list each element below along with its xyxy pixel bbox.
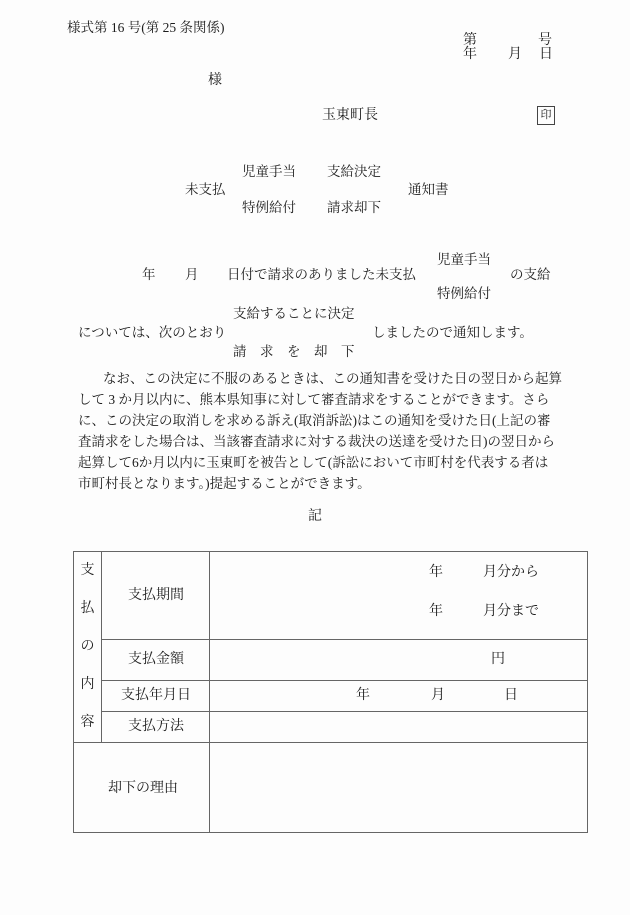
vertical-header-char: 内 [81, 678, 95, 692]
notice-line: なお、この決定に不服のあるときは、この通知書を受けた日の翌日から起算 [78, 371, 562, 387]
ki-marker: 記 [308, 509, 322, 525]
document-page: 様式第 16 号(第 25 条関係) 第 号 年 月 日 様 玉東町長 印 未支… [0, 0, 630, 915]
rejection-reason-value-area [210, 743, 587, 832]
date-year-label: 年 [463, 47, 477, 63]
title-benefit-option-top: 児童手当 [242, 164, 296, 180]
form-number: 様式第 16 号(第 25 条関係) [67, 20, 225, 36]
decision-option-bottom: 請 求 を 却 下 [233, 344, 355, 360]
request-benefit-option-bottom: 特例給付 [437, 286, 491, 302]
vertical-header-char: の [81, 640, 95, 654]
seal-stamp-box: 印 [537, 106, 555, 125]
vertical-header-char: 支 [81, 564, 95, 578]
notice-line: に、この決定の取消しを求める訴え(取消訴訟)はこの通知を受けた日(上記の審 [78, 413, 551, 429]
vertical-header-char: 容 [81, 716, 95, 730]
title-benefit-option-bottom: 特例給付 [242, 200, 296, 216]
rejection-reason-label: 却下の理由 [108, 781, 178, 796]
title-decision-option-top: 支給決定 [327, 164, 381, 180]
notice-line: 起算して6か月以内に玉東町を被告として(訴訟において市町村を代表する者は [78, 455, 548, 471]
date-month-label: 月 [508, 47, 522, 63]
notice-line: して 3 か月以内に、熊本県知事に対して審査請求をすることができます。さら [78, 392, 549, 408]
title-prefix: 未支払 [185, 182, 226, 198]
table-vertical-header: 支 払 の 内 容 [74, 552, 101, 742]
table-hline-2 [101, 680, 587, 681]
payment-amount-unit: 円 [491, 652, 505, 667]
addressee-honorific: 様 [208, 73, 222, 89]
decision-tail: しましたので通知します。 [372, 325, 533, 341]
payment-date-day: 日 [504, 688, 518, 703]
payment-period-value-area [210, 553, 410, 638]
payment-details-table: 支 払 の 内 容 支払期間 年 月分から 年 月分まで 支払金額 円 支払年月… [73, 551, 588, 833]
payment-date-year: 年 [356, 688, 370, 703]
payment-period-from-suffix: 月分から [483, 565, 539, 580]
title-suffix: 通知書 [408, 182, 449, 198]
payment-period-to-suffix: 月分まで [483, 604, 539, 619]
request-benefit-option-top: 児童手当 [437, 252, 491, 268]
decision-lead: については、次のとおり [78, 325, 226, 341]
payment-amount-label: 支払金額 [128, 652, 184, 667]
payment-date-month: 月 [431, 688, 445, 703]
request-tail: の支給 [510, 267, 551, 283]
payment-date-label: 支払年月日 [121, 688, 191, 703]
payment-period-from-year: 年 [429, 565, 443, 580]
title-decision-option-bottom: 請求却下 [327, 200, 381, 216]
decision-option-top: 支給することに決定 [233, 306, 355, 322]
payment-period-to-year: 年 [429, 604, 443, 619]
payment-method-label: 支払方法 [128, 719, 184, 734]
seal-label: 印 [541, 110, 552, 121]
request-year-label: 年 [142, 267, 156, 283]
notice-line: 市町村長となります。)提起することができます。 [78, 476, 371, 492]
notice-line: 査請求をした場合は、当該審査請求に対する裁決の送達を受けた日)の翌日から [78, 434, 555, 450]
request-text: 日付で請求のありました未支払 [227, 267, 416, 283]
issuer-title: 玉東町長 [322, 108, 378, 124]
payment-amount-value-area [210, 640, 490, 679]
payment-period-label: 支払期間 [128, 588, 184, 603]
table-vline-col1 [101, 552, 102, 742]
payment-method-value-area [210, 712, 587, 742]
date-day-label: 日 [539, 47, 553, 63]
request-month-label: 月 [185, 267, 199, 283]
vertical-header-char: 払 [81, 602, 95, 616]
